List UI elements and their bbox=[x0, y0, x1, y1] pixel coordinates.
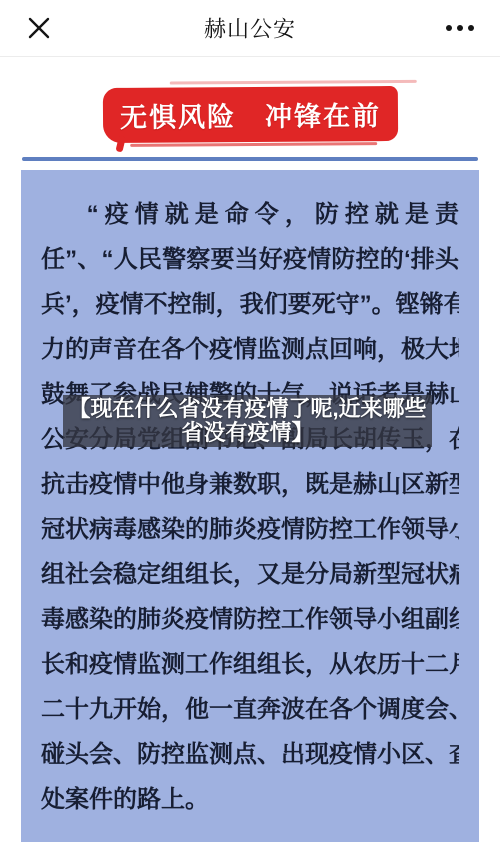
page: 赫山公安 无惧风险 冲锋在前 “疫情就是命令，防控就是责 任”、“人民警察要当好… bbox=[0, 0, 500, 842]
article-line: 抗击疫情中他身兼数职，既是赫山区新型 bbox=[41, 462, 459, 507]
article-line: 处案件的路上。 bbox=[41, 777, 459, 822]
article-line: “疫情就是命令，防控就是责 bbox=[41, 192, 459, 237]
article-line: 组社会稳定组组长，又是分局新型冠状病 bbox=[41, 552, 459, 597]
more-icon bbox=[457, 25, 463, 31]
page-title: 赫山公安 bbox=[204, 13, 296, 44]
caption-overlay: 【现在什么省没有疫情了呢,近来哪些省没有疫情】 bbox=[63, 395, 432, 447]
slogan-text: 无惧风险 冲锋在前 bbox=[119, 94, 380, 135]
banner-container: 无惧风险 冲锋在前 bbox=[0, 87, 500, 142]
top-bar: 赫山公安 bbox=[0, 0, 500, 57]
article-line: 任”、“人民警察要当好疫情防控的‘排头 bbox=[41, 237, 459, 282]
article-line: 兵’，疫情不控制，我们要死守”。铿锵有 bbox=[41, 282, 459, 327]
slogan-banner: 无惧风险 冲锋在前 bbox=[102, 86, 397, 143]
close-button[interactable] bbox=[24, 13, 54, 43]
caption-text: 【现在什么省没有疫情了呢,近来哪些省没有疫情】 bbox=[67, 397, 428, 445]
more-icon bbox=[446, 25, 452, 31]
article-line: 长和疫情监测工作组组长，从农历十二月 bbox=[41, 642, 459, 687]
divider-line bbox=[22, 157, 478, 161]
article-line: 力的声音在各个疫情监测点回响，极大地 bbox=[41, 327, 459, 372]
article-line: 毒感染的肺炎疫情防控工作领导小组副组 bbox=[41, 597, 459, 642]
article-line: 二十九开始，他一直奔波在各个调度会、 bbox=[41, 687, 459, 732]
article-line: 碰头会、防控监测点、出现疫情小区、查 bbox=[41, 732, 459, 777]
close-icon bbox=[27, 16, 51, 40]
more-menu-button[interactable] bbox=[444, 19, 476, 37]
article-line: 冠状病毒感染的肺炎疫情防控工作领导小 bbox=[41, 507, 459, 552]
more-icon bbox=[468, 25, 474, 31]
article-body: “疫情就是命令，防控就是责 任”、“人民警察要当好疫情防控的‘排头 兵’，疫情不… bbox=[21, 170, 479, 842]
